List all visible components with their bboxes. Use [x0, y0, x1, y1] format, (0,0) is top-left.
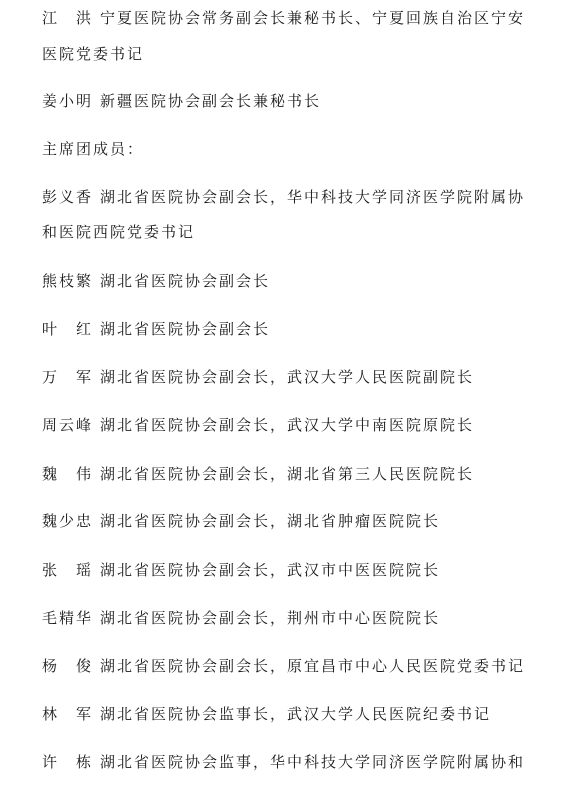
entry-line: 张 瑶湖北省医院协会副会长，武汉市中医医院院长 [42, 560, 440, 580]
person-title: 湖北省医院协会副会长，湖北省第三人民医院院长 [100, 465, 474, 483]
person-title: 湖北省医院协会副会长，荆州市中心医院院长 [100, 609, 440, 627]
person-name: 万 军 [42, 367, 100, 387]
person-title: 湖北省医院协会副会长，武汉大学中南医院原院长 [100, 416, 474, 434]
person-name: 魏 伟 [42, 464, 100, 484]
person-name: 许 栋 [42, 752, 100, 772]
person-title: 湖北省医院协会监事长，武汉大学人民医院纪委书记 [100, 705, 491, 723]
person-name: 张 瑶 [42, 560, 100, 580]
entry-line: 毛精华湖北省医院协会副会长，荆州市中心医院院长 [42, 608, 440, 628]
entry-line: 周云峰湖北省医院协会副会长，武汉大学中南医院原院长 [42, 415, 474, 435]
person-name: 叶 红 [42, 319, 100, 339]
person-title: 湖北省医院协会副会长，华中科技大学同济医学院附属协 [100, 188, 525, 206]
entry-line: 姜小明新疆医院协会副会长兼秘书长 [42, 91, 321, 111]
person-name: 彭义香 [42, 187, 100, 207]
person-title: 湖北省医院协会副会长，原宜昌市中心人民医院党委书记 [100, 657, 525, 675]
entry-line: 杨 俊湖北省医院协会副会长，原宜昌市中心人民医院党委书记 [42, 656, 525, 676]
entry-continuation: 医院党委书记 [42, 44, 144, 64]
person-title: 宁夏医院协会常务副会长兼秘书长、宁夏回族自治区宁安 [100, 9, 525, 27]
entry-line: 林 军湖北省医院协会监事长，武汉大学人民医院纪委书记 [42, 704, 491, 724]
person-name: 周云峰 [42, 415, 100, 435]
person-title: 湖北省医院协会监事，华中科技大学同济医学院附属协和 [100, 753, 525, 771]
person-name: 姜小明 [42, 91, 100, 111]
entry-line: 万 军湖北省医院协会副会长，武汉大学人民医院副院长 [42, 367, 474, 387]
person-title: 湖北省医院协会副会长 [100, 320, 270, 338]
entry-continuation: 和医院西院党委书记 [42, 222, 195, 242]
section-heading: 主席团成员： [42, 139, 144, 159]
entry-line: 魏 伟湖北省医院协会副会长，湖北省第三人民医院院长 [42, 464, 474, 484]
person-name: 熊枝繁 [42, 271, 100, 291]
person-title: 湖北省医院协会副会长，武汉大学人民医院副院长 [100, 368, 474, 386]
person-name: 林 军 [42, 704, 100, 724]
entry-line: 魏少忠湖北省医院协会副会长，湖北省肿瘤医院院长 [42, 511, 440, 531]
person-name: 杨 俊 [42, 656, 100, 676]
entry-line: 叶 红湖北省医院协会副会长 [42, 319, 270, 339]
entry-line: 许 栋湖北省医院协会监事，华中科技大学同济医学院附属协和 [42, 752, 525, 772]
person-title: 湖北省医院协会副会长 [100, 272, 270, 290]
entry-line: 彭义香湖北省医院协会副会长，华中科技大学同济医学院附属协 [42, 187, 525, 207]
person-title: 湖北省医院协会副会长，武汉市中医医院院长 [100, 561, 440, 579]
person-name: 江 洪 [42, 8, 100, 28]
person-name: 魏少忠 [42, 511, 100, 531]
entry-line: 江 洪宁夏医院协会常务副会长兼秘书长、宁夏回族自治区宁安 [42, 8, 525, 28]
person-title: 新疆医院协会副会长兼秘书长 [100, 92, 321, 110]
person-name: 毛精华 [42, 608, 100, 628]
entry-line: 熊枝繁湖北省医院协会副会长 [42, 271, 270, 291]
person-title: 湖北省医院协会副会长，湖北省肿瘤医院院长 [100, 512, 440, 530]
